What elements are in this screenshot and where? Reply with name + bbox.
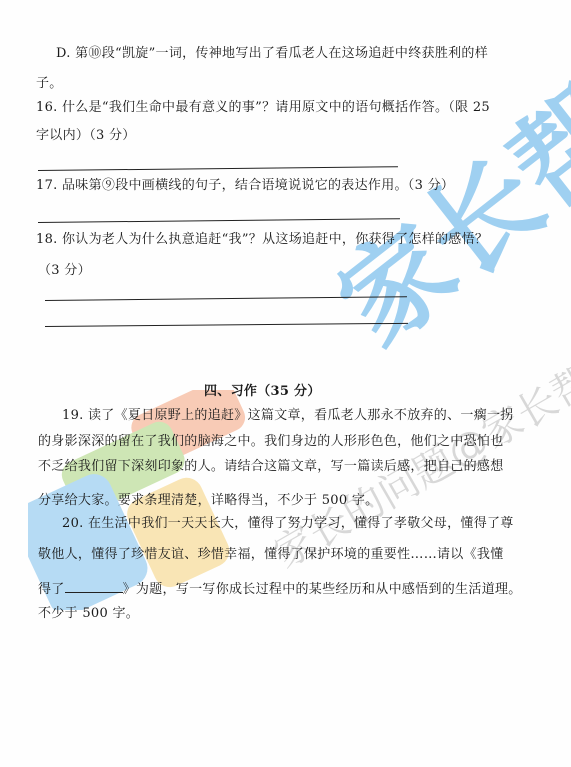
- question-19-line2: 的身影深深的留在了我们的脑海之中。我们身边的人形形色色，他们之中恐怕也: [38, 434, 504, 450]
- question-20-line1: 20. 在生活中我们一天天长大，懂得了努力学习，懂得了孝敬父母，懂得了尊: [62, 516, 514, 532]
- option-d-line1: D. 第⑩段“凯旋”一词，传神地写出了看瓜老人在这场追赶中终获胜利的样: [56, 46, 488, 62]
- question-20-line4: 不少于 500 字。: [38, 606, 139, 622]
- answer-line-18a[interactable]: [45, 296, 407, 301]
- question-17-line1: 17. 品味第⑨段中画横线的句子，结合语境说说它的表达作用。（3 分）: [36, 178, 454, 194]
- question-19-line4: 分享给大家。要求条理清楚，详略得当，不少于 500 字。: [38, 493, 378, 509]
- question-18-line1: 18. 你认为老人为什么执意追赶“我”？从这场追赶中，你获得了怎样的感悟？: [36, 232, 488, 248]
- question-20-line3-suffix: 》为题，写一写你成长过程中的某些经历和从中感悟到的生活道理。: [123, 582, 522, 597]
- question-20-line3: 得了》为题，写一写你成长过程中的某些经历和从中感悟到的生活道理。: [38, 580, 522, 598]
- title-fill-blank[interactable]: [65, 580, 123, 593]
- question-16-line1: 16. 什么是“我们生命中最有意义的事”？请用原文中的语句概括作答。（限 25: [36, 100, 490, 116]
- question-19-line1: 19. 读了《夏日原野上的追赶》这篇文章，看瓜老人那永不放弃的、一瘸一拐: [62, 408, 514, 424]
- answer-line-17[interactable]: [38, 218, 400, 223]
- section-4-heading: 四、习作（35 分）: [204, 384, 321, 400]
- question-20-line2: 敬他人，懂得了珍惜友谊、珍惜幸福，懂得了保护环境的重要性……请以《我懂: [38, 547, 504, 563]
- question-20-line3-prefix: 得了: [38, 582, 65, 597]
- question-18-line2: （3 分）: [38, 263, 91, 279]
- option-d-line2: 子。: [36, 76, 63, 92]
- question-19-line3: 不乏给我们留下深刻印象的人。请结合这篇文章，写一篇读后感，把自己的感想: [38, 459, 504, 475]
- exam-page: 家长帮 家长的问题@家长帮 D. 第⑩段“凯旋”一词，传神地写出了看瓜老人在这场…: [0, 0, 571, 767]
- question-16-line2: 字以内）（3 分）: [36, 128, 136, 144]
- answer-line-16[interactable]: [38, 166, 398, 171]
- answer-line-18b[interactable]: [45, 323, 408, 327]
